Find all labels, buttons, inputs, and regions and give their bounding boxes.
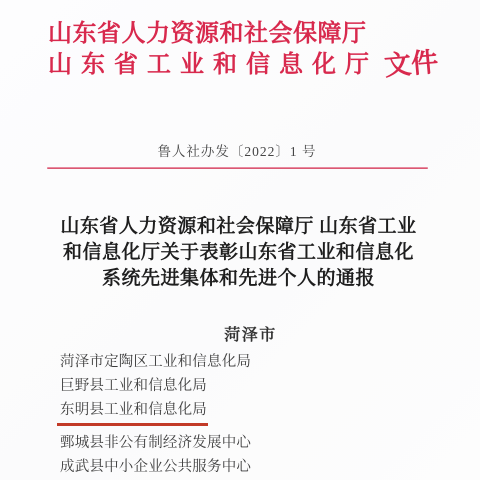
agency-name-line-2: 山东省工业和信息化厅 xyxy=(48,50,378,80)
document-number: 鲁人社办发〔2022〕1 号 xyxy=(0,140,474,160)
org-name: 巨野县工业和信息化局 xyxy=(60,374,207,398)
org-name: 东明县工业和信息化局 xyxy=(57,398,208,426)
letterhead: 山东省人力资源和社会保障厅 山东省工业和信息化厅 xyxy=(48,19,369,80)
city-section-heading: 菏泽市 xyxy=(22,322,479,345)
document-title-line-2: 和信息化厅关于表彰山东省工业和信息化 xyxy=(0,240,477,266)
list-item: 鄄城县非公有制经济发展中心 xyxy=(60,431,251,455)
agency-name-line-1: 山东省人力资源和社会保障厅 xyxy=(48,19,369,49)
list-item-red-underlined: 东明县工业和信息化局 xyxy=(60,398,251,426)
red-separator-line xyxy=(47,167,428,169)
list-item: 成武县中小企业公共服务中心 xyxy=(60,455,251,479)
official-document-page: 山东省人力资源和社会保障厅 山东省工业和信息化厅 文件 鲁人社办发〔2022〕1… xyxy=(0,0,480,480)
document-title: 山东省人力资源和社会保障厅 山东省工业 和信息化厅关于表彰山东省工业和信息化 系… xyxy=(0,214,477,292)
document-title-line-1: 山东省人力资源和社会保障厅 山东省工业 xyxy=(0,214,477,240)
org-name: 菏泽市定陶区工业和信息化局 xyxy=(60,350,251,374)
document-label: 文件 xyxy=(382,40,439,84)
org-name: 成武县中小企业公共服务中心 xyxy=(60,455,251,479)
award-org-list: 菏泽市定陶区工业和信息化局 巨野县工业和信息化局 东明县工业和信息化局 鄄城县非… xyxy=(60,350,251,479)
list-item: 菏泽市定陶区工业和信息化局 xyxy=(60,350,251,374)
org-name: 鄄城县非公有制经济发展中心 xyxy=(60,431,251,455)
document-title-line-3: 系统先进集体和先进个人的通报 xyxy=(0,266,477,292)
list-item: 巨野县工业和信息化局 xyxy=(60,374,251,398)
